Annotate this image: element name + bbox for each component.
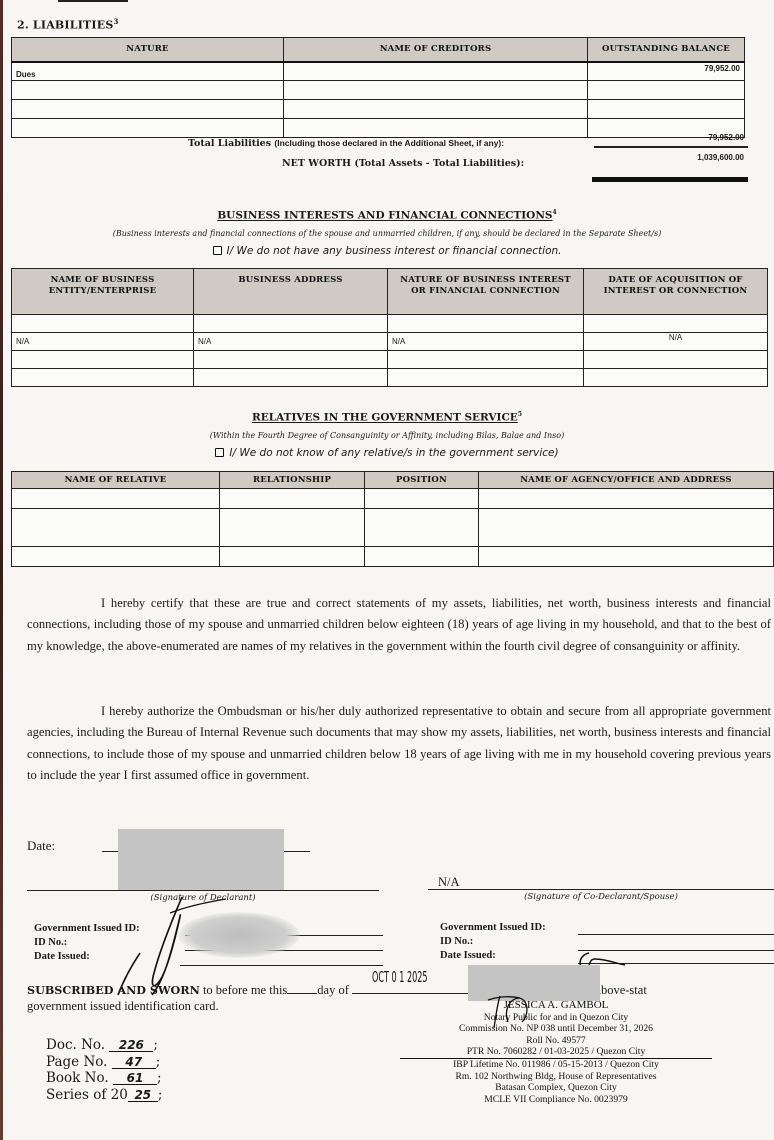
table-row: Dues 79,952.00 xyxy=(12,62,745,81)
business-none-option: I/ We do not have any business interest … xyxy=(0,245,774,257)
cell-balance[interactable] xyxy=(588,81,745,100)
col-position: POSITION xyxy=(365,472,479,489)
series-row: Series of 2025; xyxy=(46,1087,162,1104)
jurat-line-2: government issued identification card. xyxy=(27,999,219,1014)
cell[interactable] xyxy=(584,351,768,369)
table-row xyxy=(12,100,745,119)
table-row xyxy=(12,489,774,509)
table-row xyxy=(12,509,774,547)
cell[interactable] xyxy=(388,351,584,369)
net-worth-value: 1,039,600.00 xyxy=(592,153,744,162)
relatives-note: (Within the Fourth Degree of Consanguini… xyxy=(0,431,774,440)
page-no-row: Page No. 47; xyxy=(46,1054,162,1071)
table-row xyxy=(12,81,745,100)
cell-balance[interactable] xyxy=(588,100,745,119)
col-agency: NAME OF AGENCY/OFFICE AND ADDRESS xyxy=(479,472,774,489)
col-balance: OUTSTANDING BALANCE xyxy=(588,38,745,62)
notarial-register: Doc. No. 226; Page No. 47; Book No. 61; … xyxy=(46,1037,162,1103)
authorization-paragraph: I hereby authorize the Ombudsman or his/… xyxy=(27,701,771,786)
cell-nature[interactable] xyxy=(12,119,284,138)
notary-name: JESSICA A. GAMBOL xyxy=(410,1000,702,1012)
notary-line: Commission No. NP 038 until December 31,… xyxy=(410,1023,702,1035)
notary-line: Rm. 102 Northwing Bldg, House of Represe… xyxy=(410,1071,702,1083)
notary-line: Roll No. 49577 xyxy=(410,1035,702,1047)
cell-nature[interactable] xyxy=(12,81,284,100)
total-liabilities-label: Total Liabilities (Including those decla… xyxy=(188,138,504,149)
cell[interactable]: N/A xyxy=(584,333,768,351)
certification-paragraph: I hereby certify that these are true and… xyxy=(27,593,771,657)
col-creditors: NAME OF CREDITORS xyxy=(284,38,588,62)
cell[interactable]: N/A xyxy=(194,333,388,351)
cell[interactable] xyxy=(584,315,768,333)
business-note: (Business interests and financial connec… xyxy=(0,229,774,238)
notary-line: Notary Public for and in Quezon City xyxy=(410,1012,702,1024)
table-row xyxy=(12,315,768,333)
date-label: Date: xyxy=(27,838,55,854)
codeclarant-gov-id-line[interactable] xyxy=(578,934,774,935)
cell[interactable] xyxy=(12,315,194,333)
cell-nature[interactable] xyxy=(12,100,284,119)
liabilities-title: 2. LIABILITIES3 xyxy=(17,17,119,32)
liabilities-table: NATURE NAME OF CREDITORS OUTSTANDING BAL… xyxy=(11,37,745,138)
cell[interactable]: N/A xyxy=(388,333,584,351)
cell[interactable] xyxy=(365,547,479,567)
table-row: N/A N/A N/A N/A xyxy=(12,333,768,351)
cell[interactable] xyxy=(194,351,388,369)
doc-no-row: Doc. No. 226; xyxy=(46,1037,162,1054)
declarant-signature-line xyxy=(27,890,379,891)
col-relationship: RELATIONSHIP xyxy=(220,472,365,489)
relatives-none-option: I/ We do not know of any relative/s in t… xyxy=(0,447,774,459)
top-divider xyxy=(58,0,128,2)
cell-creditor[interactable] xyxy=(284,119,588,138)
col-business-name: NAME OF BUSINESS ENTITY/ENTERPRISE xyxy=(12,269,194,315)
cell[interactable] xyxy=(479,547,774,567)
cell[interactable] xyxy=(12,509,220,547)
business-heading: BUSINESS INTERESTS AND FINANCIAL CONNECT… xyxy=(0,209,774,222)
table-row xyxy=(12,351,768,369)
cell[interactable] xyxy=(12,489,220,509)
table-row xyxy=(12,547,774,567)
book-no-row: Book No. 61; xyxy=(46,1070,162,1087)
notary-signature-icon xyxy=(486,992,536,1032)
col-business-address: BUSINESS ADDRESS xyxy=(194,269,388,315)
cell[interactable] xyxy=(12,547,220,567)
cell-balance[interactable]: 79,952.00 xyxy=(588,62,745,81)
total-liabilities-value: 79,952.00 xyxy=(592,133,744,142)
codeclarant-signature-caption: (Signature of Co-Declarant/Spouse) xyxy=(428,892,774,902)
col-relative-name: NAME OF RELATIVE xyxy=(12,472,220,489)
cell[interactable] xyxy=(12,369,194,387)
relatives-table: NAME OF RELATIVE RELATIONSHIP POSITION N… xyxy=(11,471,774,567)
notary-line: PTR No. 7060282 / 01-03-2025 / Quezon Ci… xyxy=(400,1046,712,1059)
col-business-nature: NATURE OF BUSINESS INTEREST OR FINANCIAL… xyxy=(388,269,584,315)
cell[interactable] xyxy=(365,489,479,509)
cell-creditor[interactable] xyxy=(284,62,588,81)
total-underline xyxy=(594,146,748,148)
cell[interactable] xyxy=(388,315,584,333)
notary-line: IBP Lifetime No. 011986 / 05-15-2013 / Q… xyxy=(410,1059,702,1071)
scan-edge xyxy=(0,0,3,1140)
table-row xyxy=(12,369,768,387)
notary-block: JESSICA A. GAMBOL Notary Public for and … xyxy=(410,1000,702,1105)
date-redaction xyxy=(118,829,284,891)
relatives-heading: RELATIVES IN THE GOVERNMENT SERVICE5 xyxy=(0,411,774,424)
codeclarant-id-labels: Government Issued ID: ID No.: Date Issue… xyxy=(440,921,546,963)
business-table: NAME OF BUSINESS ENTITY/ENTERPRISE BUSIN… xyxy=(11,268,768,387)
codeclarant-signature-line xyxy=(428,889,774,890)
cell[interactable] xyxy=(479,509,774,547)
cell[interactable] xyxy=(194,315,388,333)
col-acquisition-date: DATE OF ACQUISITION OF INTEREST OR CONNE… xyxy=(584,269,768,315)
cell[interactable] xyxy=(194,369,388,387)
cell[interactable] xyxy=(220,509,365,547)
relatives-none-checkbox[interactable] xyxy=(215,448,224,457)
cell[interactable] xyxy=(365,509,479,547)
jurat-date-stamp: OCT 0 1 2025 xyxy=(372,968,428,986)
col-nature: NATURE xyxy=(12,38,284,62)
codeclarant-signature-value: N/A xyxy=(438,875,460,890)
business-none-checkbox[interactable] xyxy=(213,246,222,255)
cell-creditor[interactable] xyxy=(284,100,588,119)
net-worth-double-underline xyxy=(592,177,748,182)
cell[interactable]: N/A xyxy=(12,333,194,351)
notary-line: MCLE VII Compliance No. 0023979 xyxy=(410,1094,702,1106)
cell[interactable] xyxy=(584,369,768,387)
cell[interactable] xyxy=(479,489,774,509)
cell[interactable] xyxy=(220,489,365,509)
cell[interactable] xyxy=(220,547,365,567)
cell[interactable] xyxy=(388,369,584,387)
cell-creditor[interactable] xyxy=(284,81,588,100)
cell[interactable] xyxy=(12,351,194,369)
notary-line: Batasan Complex, Quezon City xyxy=(410,1082,702,1094)
cell-nature[interactable]: Dues xyxy=(12,62,284,81)
net-worth-label: NET WORTH (Total Assets - Total Liabilit… xyxy=(282,158,524,169)
